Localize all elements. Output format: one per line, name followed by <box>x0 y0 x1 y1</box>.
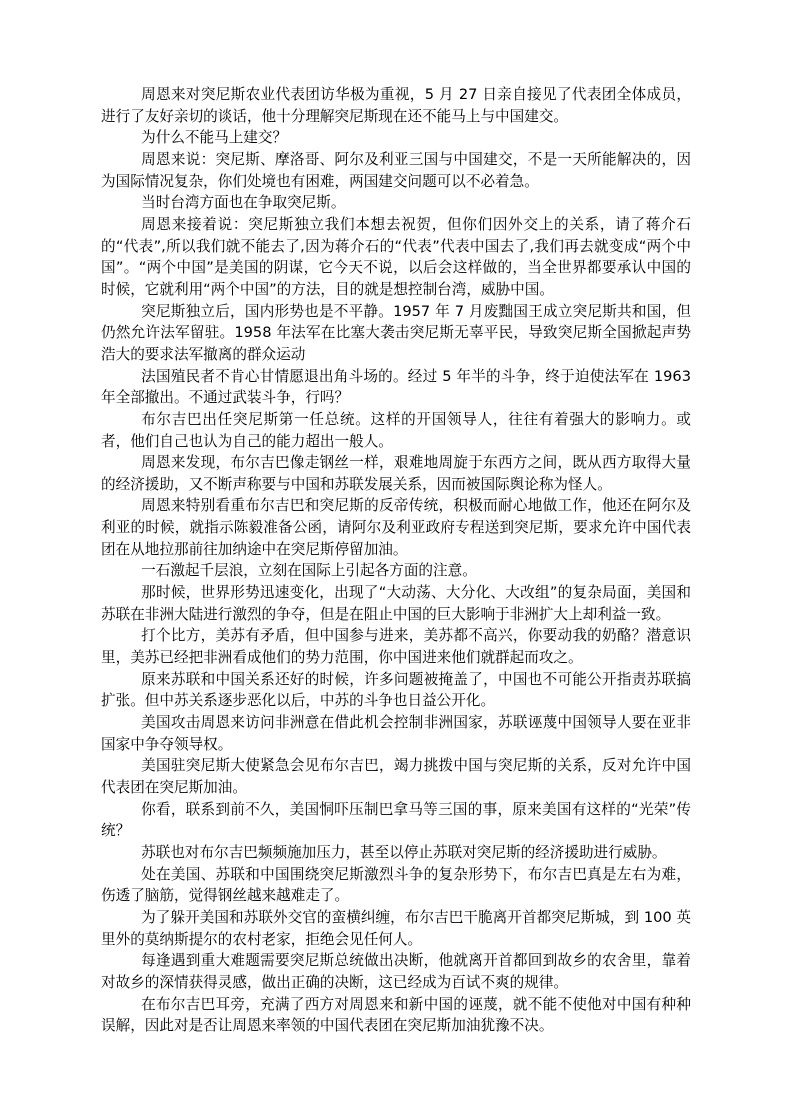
paragraph: 周恩来发现，布尔吉巴像走钢丝一样，艰难地周旋于东西方之间，既从西方取得大量的经济… <box>101 452 691 495</box>
paragraph: 为什么不能马上建交？ <box>101 127 691 149</box>
paragraph: 突尼斯独立后，国内形势也是不平静。1957 年 7 月废黜国王成立突尼斯共和国，… <box>101 301 691 366</box>
paragraph: 每逢遇到重大难题需要突尼斯总统做出决断，他就离开首都回到故乡的农舍里，靠着对故乡… <box>101 950 691 993</box>
paragraph: 处在美国、苏联和中国围绕突尼斯激烈斗争的复杂形势下，布尔吉巴真是左右为难，伤透了… <box>101 864 691 907</box>
paragraph: 美国驻突尼斯大使紧急会见布尔吉巴，竭力挑拨中国与突尼斯的关系，反对允许中国代表团… <box>101 755 691 798</box>
paragraph: 周恩来特别看重布尔吉巴和突尼斯的反帝传统，积极而耐心地做工作，他还在阿尔及利亚的… <box>101 495 691 560</box>
paragraph: 美国攻击周恩来访问非洲意在借此机会控制非洲国家，苏联诬蔑中国领导人要在亚非国家中… <box>101 712 691 755</box>
paragraph: 当时台湾方面也在争取突尼斯。 <box>101 192 691 214</box>
paragraph: 为了躲开美国和苏联外交官的蛮横纠缠，布尔吉巴干脆离开首都突尼斯城，到 100 英… <box>101 907 691 950</box>
paragraph: 苏联也对布尔吉巴频频施加压力，甚至以停止苏联对突尼斯的经济援助进行威胁。 <box>101 842 691 864</box>
paragraph: 法国殖民者不肯心甘情愿退出角斗场的。经过 5 年半的斗争，终于迫使法军在 196… <box>101 366 691 409</box>
paragraph: 原来苏联和中国关系还好的时候，许多问题被掩盖了，中国也不可能公开指责苏联搞扩张。… <box>101 669 691 712</box>
paragraph: 你看，联系到前不久，美国恫吓压制巴拿马等三国的事，原来美国有这样的“光荣”传统？ <box>101 799 691 842</box>
paragraph: 周恩来对突尼斯农业代表团访华极为重视，5 月 27 日亲自接见了代表团全体成员，… <box>101 84 691 127</box>
paragraph: 在布尔吉巴耳旁，充满了西方对周恩来和新中国的诬蔑，就不能不使他对中国有种种误解，… <box>101 994 691 1037</box>
paragraph: 周恩来接着说：突尼斯独立我们本想去祝贺，但你们因外交上的关系，请了蒋介石的“代表… <box>101 214 691 301</box>
paragraph: 一石激起千层浪，立刻在国际上引起各方面的注意。 <box>101 560 691 582</box>
paragraph: 打个比方，美苏有矛盾，但中国参与进来，美苏都不高兴，你要动我的奶酪？潜意识里，美… <box>101 625 691 668</box>
document-body: 周恩来对突尼斯农业代表团访华极为重视，5 月 27 日亲自接见了代表团全体成员，… <box>101 84 691 1037</box>
paragraph: 那时候，世界形势迅速变化，出现了“大动荡、大分化、大改组”的复杂局面，美国和苏联… <box>101 582 691 625</box>
paragraph: 布尔吉巴出任突尼斯第一任总统。这样的开国领导人，往往有着强大的影响力。或者，他们… <box>101 409 691 452</box>
paragraph: 周恩来说：突尼斯、摩洛哥、阿尔及利亚三国与中国建交，不是一天所能解决的，因为国际… <box>101 149 691 192</box>
